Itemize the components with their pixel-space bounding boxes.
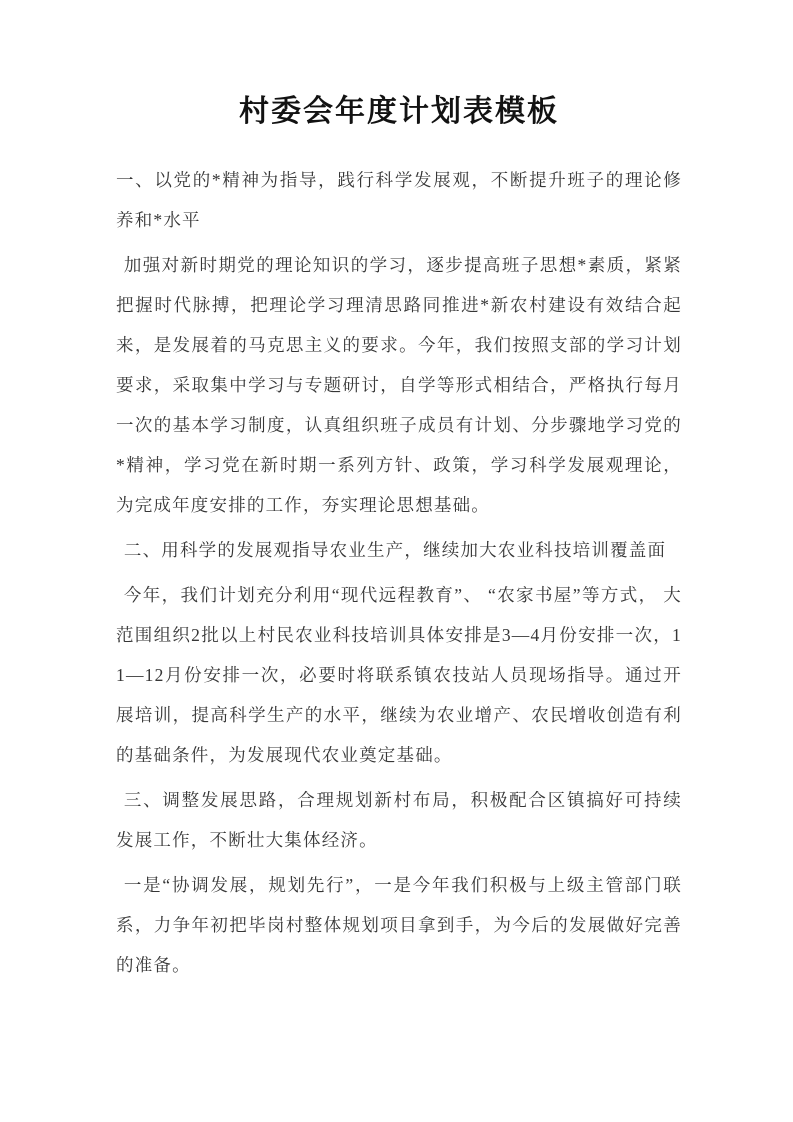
document-page: 村委会年度计划表模板 一、以党的*精神为指导，践行科学发展观，不断提升班子的理论…	[0, 0, 793, 1122]
section-2-body-paragraph: 今年，我们计划充分利用“现代远程教育”、 “农家书屋”等方式， 大范围组织2批以…	[116, 575, 682, 775]
section-1-body-paragraph: 加强对新时期党的理论知识的学习，逐步提高班子思想*素质，紧紧把握时代脉搏，把理论…	[116, 245, 682, 525]
document-title: 村委会年度计划表模板	[116, 90, 682, 134]
section-2-heading: 二、用科学的发展观指导农业生产，继续加大农业科技培训覆盖面	[116, 530, 682, 570]
section-1-heading: 一、以党的*精神为指导，践行科学发展观，不断提升班子的理论修养和*水平	[116, 160, 682, 240]
section-3-heading: 三、调整发展思路，合理规划新村布局，积极配合区镇搞好可持续发展工作，不断壮大集体…	[116, 780, 682, 860]
section-3-body-paragraph: 一是“协调发展，规划先行”，一是今年我们积极与上级主管部门联系，力争年初把毕岗村…	[116, 865, 682, 985]
